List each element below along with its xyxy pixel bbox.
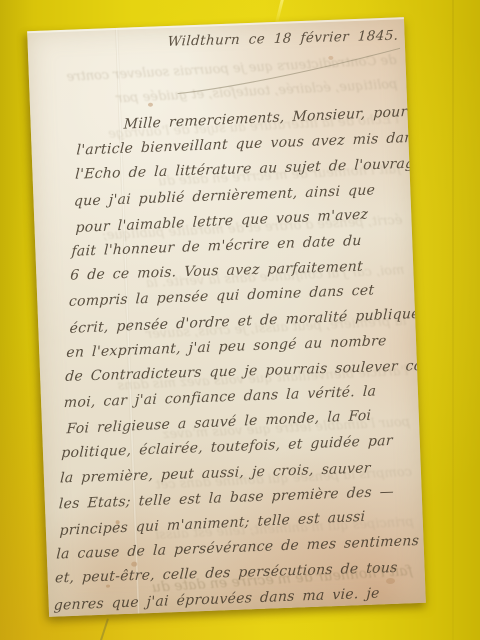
pencil-mark <box>99 618 109 640</box>
foxing-speck <box>328 56 333 60</box>
show-through-text: de Contradicteurs que je pourrais soulev… <box>47 53 397 86</box>
background-shadow-band <box>452 0 454 640</box>
foxing-speck <box>148 103 153 107</box>
letter-dateline: Wildthurn ce 18 février 1845. <box>167 28 399 50</box>
letter-paper: de Contradicteurs que je pourrais soulev… <box>27 17 426 617</box>
photo-background: de Contradicteurs que je pourrais soulev… <box>0 0 480 640</box>
letter-body: Mille remerciements, Monsieur, pour l'ar… <box>53 100 426 617</box>
